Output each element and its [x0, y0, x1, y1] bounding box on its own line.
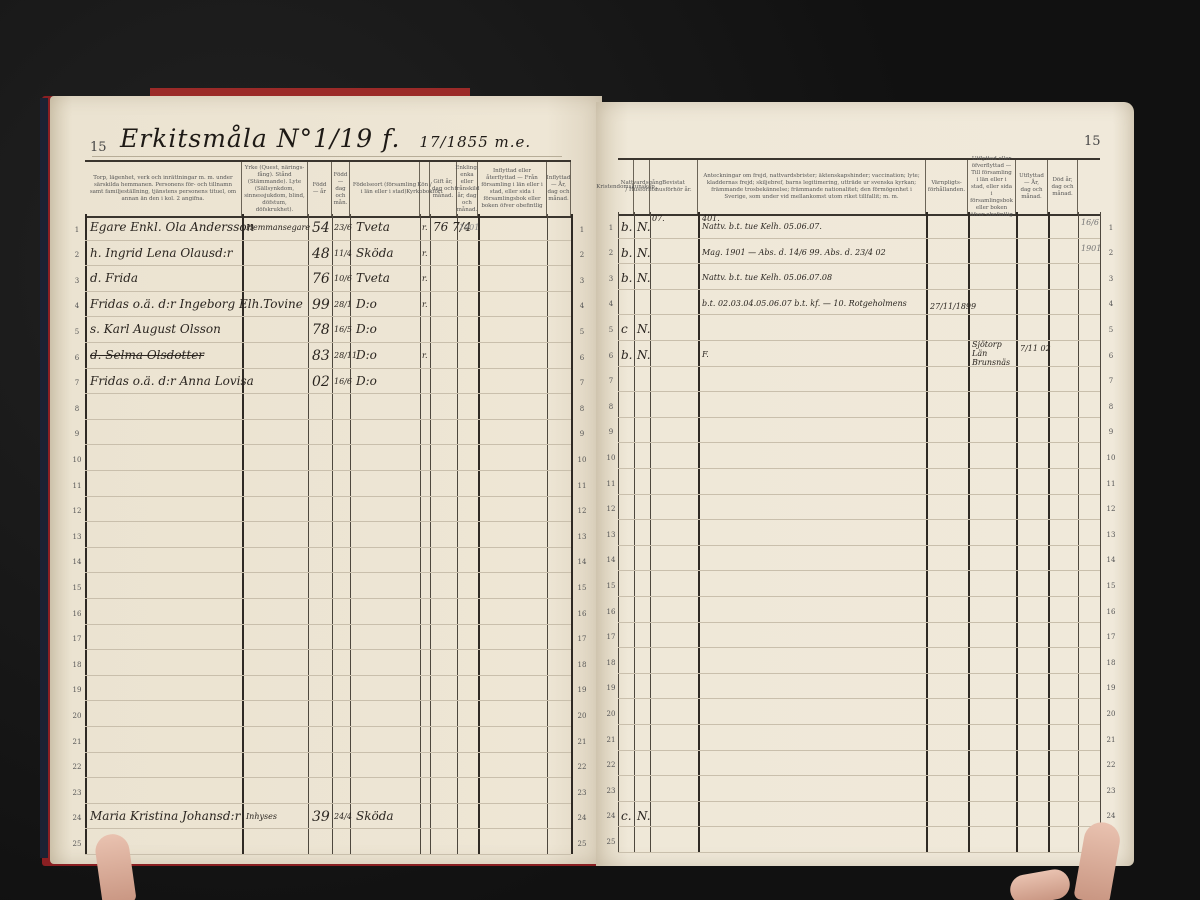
- entry-knowledge: b.: [621, 348, 633, 362]
- row-number: 18: [575, 661, 589, 669]
- entry-knowledge: b.: [621, 246, 633, 260]
- row-rule: [85, 291, 571, 292]
- row-number: 3: [1104, 275, 1118, 283]
- row-number: 3: [70, 277, 84, 285]
- row-number: 8: [604, 403, 618, 411]
- row-rule: [85, 752, 571, 753]
- row-number: 8: [1104, 403, 1118, 411]
- entry-name: d. Frida: [90, 271, 138, 285]
- row-number: 2: [575, 251, 589, 259]
- row-rule: [85, 572, 571, 573]
- column-rule: [547, 214, 548, 854]
- row-number: 13: [70, 533, 84, 541]
- entry-birth-year: 02: [312, 374, 330, 390]
- row-number: 9: [575, 430, 589, 438]
- column-header-cell: Torp, lägenhet, verk och inrättningar m.…: [85, 162, 242, 216]
- entry-knowledge: c: [621, 322, 628, 336]
- column-rule: [457, 214, 458, 854]
- row-number: 11: [70, 482, 84, 490]
- row-number: 14: [1104, 556, 1118, 564]
- row-number: 22: [575, 763, 589, 771]
- column-header-cell: Inflyttad — År, dag och månad.: [547, 162, 571, 216]
- row-rule: [618, 519, 1100, 520]
- column-rule: [618, 212, 619, 852]
- entry-birthplace: D:o: [356, 322, 377, 336]
- row-number: 4: [70, 302, 84, 310]
- row-number: 9: [604, 428, 618, 436]
- row-rule: [85, 496, 571, 497]
- row-number: 18: [70, 661, 84, 669]
- entry-birth-year: 39: [312, 809, 330, 825]
- row-rule: [85, 240, 571, 241]
- row-number: 16: [604, 608, 618, 616]
- row-number: 21: [604, 736, 618, 744]
- entry-birth-year: 76: [312, 271, 330, 287]
- entry-name: Maria Kristina Johansd:r: [90, 809, 240, 823]
- entry-knowledge: b.: [621, 220, 633, 234]
- row-number: 2: [1104, 249, 1118, 257]
- row-rule: [85, 854, 571, 855]
- entry-notes: F.: [702, 350, 709, 359]
- row-number: 11: [575, 482, 589, 490]
- row-number: 2: [604, 249, 618, 257]
- entry-mark: r.: [422, 274, 428, 283]
- entry-birth-year: 99: [312, 297, 330, 313]
- row-rule: [618, 468, 1100, 469]
- row-rule: [618, 442, 1100, 443]
- row-rule: [618, 698, 1100, 699]
- right-page: 15 KristendomskunskapNattvardsgång / Hus…: [596, 102, 1134, 866]
- row-rule: [618, 826, 1100, 827]
- column-header-cell: Nattvardsgång / Husförhör: [634, 160, 650, 214]
- entry-knowledge: c.: [621, 809, 632, 823]
- right-column-header: KristendomskunskapNattvardsgång / Husför…: [618, 158, 1100, 216]
- row-number: 5: [1104, 326, 1118, 334]
- column-header-cell: Yrke (Quest, närings-fång). Stånd (Stämm…: [242, 162, 308, 216]
- row-rule: [85, 777, 571, 778]
- column-rule: [1100, 212, 1101, 852]
- row-rule: [618, 775, 1100, 776]
- left-column-header: Torp, lägenhet, verk och inrättningar m.…: [85, 160, 571, 218]
- row-number: 12: [604, 505, 618, 513]
- entry-name: d. Selma Olsdotter: [90, 348, 204, 362]
- entry-death: 1901: [1081, 244, 1101, 253]
- entry-death: 16/6: [1081, 218, 1099, 227]
- row-rule: [85, 700, 571, 701]
- row-rule: [85, 828, 571, 829]
- entry-birthplace: Tveta: [356, 220, 390, 234]
- row-rule: [618, 314, 1100, 315]
- column-header-cell: Inflyttad eller återflyttad — Från försa…: [478, 162, 547, 216]
- entry-mark: r.: [422, 223, 428, 232]
- entry-birth-year: 48: [312, 246, 330, 262]
- row-number: 25: [604, 838, 618, 846]
- column-header-cell: Död år, dag och månad.: [1048, 160, 1078, 214]
- entry-military: 27/11/1899: [930, 302, 976, 311]
- entry-communion: N.: [637, 246, 651, 260]
- row-number: 18: [604, 659, 618, 667]
- row-number: 4: [575, 302, 589, 310]
- row-number: 10: [575, 456, 589, 464]
- book-spine: [40, 98, 48, 858]
- entry-name: s. Karl August Olsson: [90, 322, 221, 336]
- entry-notes: b.t. 02.03.04.05.06.07 b.t. kf. — 10. Ro…: [702, 299, 907, 308]
- row-number: 20: [1104, 710, 1118, 718]
- column-rule: [634, 212, 635, 852]
- row-number: 5: [70, 328, 84, 336]
- row-rule: [85, 726, 571, 727]
- entry-birth-year: 78: [312, 322, 330, 338]
- row-number: 17: [70, 635, 84, 643]
- column-rule: [85, 214, 87, 854]
- row-number: 9: [70, 430, 84, 438]
- row-rule: [85, 316, 571, 317]
- row-number: 11: [604, 480, 618, 488]
- row-number: 14: [70, 558, 84, 566]
- entry-communion: N.: [637, 322, 651, 336]
- row-number: 24: [1104, 812, 1118, 820]
- row-number: 1: [604, 224, 618, 232]
- row-number: 19: [1104, 684, 1118, 692]
- entry-communion: N.: [637, 271, 651, 285]
- row-number: 19: [604, 684, 618, 692]
- row-rule: [618, 647, 1100, 648]
- row-number: 25: [575, 840, 589, 848]
- entry-mark: r.: [422, 249, 428, 258]
- row-number: 13: [575, 533, 589, 541]
- row-rule: [618, 622, 1100, 623]
- right-page-number: 15: [1084, 134, 1101, 149]
- row-number: 5: [575, 328, 589, 336]
- column-rule: [1078, 212, 1079, 852]
- row-number: 6: [575, 354, 589, 362]
- row-rule: [618, 545, 1100, 546]
- row-number: 8: [575, 405, 589, 413]
- entry-moved-to: Sjötorp Län Brunsnäs: [972, 340, 1016, 367]
- heading-place: Erkitsmåla: [120, 124, 268, 153]
- row-number: 1: [1104, 224, 1118, 232]
- row-number: 10: [1104, 454, 1118, 462]
- row-rule: [85, 342, 571, 343]
- column-rule: [308, 214, 309, 854]
- row-number: 20: [70, 712, 84, 720]
- row-number: 14: [575, 558, 589, 566]
- row-rule: [85, 598, 571, 599]
- row-rule: [618, 263, 1100, 264]
- row-number: 11: [1104, 480, 1118, 488]
- entry-birth-daymonth: 23/6: [334, 223, 352, 232]
- row-number: 19: [70, 686, 84, 694]
- left-page-number: 15: [90, 140, 107, 155]
- entry-birth-daymonth: 28/11: [334, 351, 357, 360]
- entry-birthplace: Tveta: [356, 271, 390, 285]
- entry-birthplace: D:o: [356, 374, 377, 388]
- row-number: 16: [575, 610, 589, 618]
- row-number: 15: [70, 584, 84, 592]
- row-rule: [85, 265, 571, 266]
- column-header-cell: Född — dag och mån.: [332, 162, 350, 216]
- row-number: 12: [575, 507, 589, 515]
- row-number: 10: [604, 454, 618, 462]
- row-number: 22: [70, 763, 84, 771]
- row-number: 19: [575, 686, 589, 694]
- entry-knowledge: b.: [621, 271, 633, 285]
- row-number: 13: [604, 531, 618, 539]
- column-rule: [420, 214, 421, 854]
- row-number: 3: [604, 275, 618, 283]
- row-number: 5: [604, 326, 618, 334]
- row-rule: [618, 340, 1100, 341]
- entry-name: Egare Enkl. Ola Andersson: [90, 220, 254, 234]
- entry-birthplace: D:o: [356, 297, 377, 311]
- heading-rule: [92, 156, 562, 157]
- column-rule: [332, 214, 333, 854]
- row-number: 15: [604, 582, 618, 590]
- row-number: 2: [70, 251, 84, 259]
- row-number: 14: [604, 556, 618, 564]
- entry-birth-daymonth: 16/6: [334, 377, 352, 386]
- row-number: 7: [70, 379, 84, 387]
- row-rule: [618, 494, 1100, 495]
- row-number: 7: [604, 377, 618, 385]
- entry-occupation: Inhyses: [246, 812, 277, 821]
- entry-communion: N.: [637, 220, 651, 234]
- row-number: 7: [575, 379, 589, 387]
- column-rule: [1016, 212, 1018, 852]
- row-number: 20: [575, 712, 589, 720]
- column-rule: [650, 212, 651, 852]
- entry-birth-year: 83: [312, 348, 330, 364]
- entry-communion: N.: [637, 348, 651, 362]
- row-rule: [618, 391, 1100, 392]
- row-number: 22: [1104, 761, 1118, 769]
- entry-birth-daymonth: 10/6: [334, 274, 352, 283]
- row-number: 15: [1104, 582, 1118, 590]
- column-header-cell: Utflyttad eller öfverflyttad — Till förs…: [968, 160, 1016, 214]
- entry-moved-date: 7/11 02: [1020, 344, 1051, 353]
- row-number: 24: [575, 814, 589, 822]
- row-rule: [618, 366, 1100, 367]
- entry-notes: Mag. 1901 — Abs. d. 14/6 99. Abs. d. 23/…: [702, 248, 886, 257]
- row-rule: [618, 852, 1100, 853]
- row-rule: [85, 393, 571, 394]
- right-finger: [1008, 867, 1072, 900]
- row-number: 23: [1104, 787, 1118, 795]
- row-number: 4: [1104, 300, 1118, 308]
- column-rule: [430, 214, 431, 854]
- row-number: 1: [70, 226, 84, 234]
- row-rule: [85, 470, 571, 471]
- row-number: 6: [604, 352, 618, 360]
- column-header-cell: Kön / Kyrkobokfört: [420, 162, 430, 216]
- row-rule: [85, 803, 571, 804]
- row-number: 21: [70, 738, 84, 746]
- row-number: 13: [1104, 531, 1118, 539]
- row-number: 6: [70, 354, 84, 362]
- entry-name: Fridas o.ä. d:r Ingeborg Elh.Tovine: [90, 297, 303, 311]
- row-number: 23: [575, 789, 589, 797]
- row-rule: [85, 624, 571, 625]
- row-number: 20: [604, 710, 618, 718]
- row-number: 22: [604, 761, 618, 769]
- row-number: 21: [1104, 736, 1118, 744]
- row-number: 23: [70, 789, 84, 797]
- entry-notes: Nattv. b.t. tue Kelh. 05.06.07.08: [702, 273, 832, 282]
- entry-birth-daymonth: 28/1: [334, 300, 352, 309]
- column-rule: [1048, 212, 1050, 852]
- entry-birthplace: Sköda: [356, 809, 394, 823]
- row-rule: [618, 238, 1100, 239]
- row-rule: [85, 368, 571, 369]
- column-rule: [926, 212, 928, 852]
- column-header-cell: Värnpligts-förhållanden.: [926, 160, 968, 214]
- column-header-cell: Anteckningar om frejd, nattvardsbrister;…: [698, 160, 926, 214]
- heading-note: 17/1855 m.e.: [419, 133, 531, 151]
- entry-birthplace: D:o: [356, 348, 377, 362]
- page-heading: Erkitsmåla N°1/19 f. 17/1855 m.e.: [120, 124, 531, 153]
- entry-communion: N.: [637, 809, 651, 823]
- row-number: 15: [575, 584, 589, 592]
- entry-mark: r.: [422, 300, 428, 309]
- row-number: 12: [1104, 505, 1118, 513]
- row-number: 10: [70, 456, 84, 464]
- row-rule: [85, 521, 571, 522]
- entry-occupation: Hemmansegare: [246, 223, 310, 232]
- entry-birth-daymonth: 16/5: [334, 325, 352, 334]
- row-rule: [618, 596, 1100, 597]
- row-number: 6: [1104, 352, 1118, 360]
- row-number: 16: [1104, 608, 1118, 616]
- header-mark-col13: 07.: [652, 214, 665, 223]
- entry-birthplace: Sköda: [356, 246, 394, 260]
- row-rule: [618, 724, 1100, 725]
- row-number: 9: [1104, 428, 1118, 436]
- row-number: 18: [1104, 659, 1118, 667]
- entry-mark: r.: [422, 351, 428, 360]
- row-rule: [85, 675, 571, 676]
- column-header-cell: Bevistat husförhör år.: [650, 160, 698, 214]
- entry-name: Fridas o.ä. d:r Anna Lovisa: [90, 374, 254, 388]
- open-register-book: 15 Erkitsmåla N°1/19 f. 17/1855 m.e. Tor…: [40, 88, 1140, 878]
- entry-birth-daymonth: 11/4: [334, 249, 352, 258]
- entry-birth-daymonth: 24/4: [334, 812, 352, 821]
- row-rule: [85, 419, 571, 420]
- column-rule: [698, 212, 700, 852]
- column-header-cell: Född — år: [308, 162, 332, 216]
- row-number: 24: [70, 814, 84, 822]
- entry-name: h. Ingrid Lena Olausd:r: [90, 246, 233, 260]
- column-rule: [478, 214, 480, 854]
- row-number: 12: [70, 507, 84, 515]
- entry-widowed: 1901: [459, 223, 479, 232]
- row-rule: [618, 750, 1100, 751]
- left-page: 15 Erkitsmåla N°1/19 f. 17/1855 m.e. Tor…: [50, 96, 602, 864]
- row-rule: [618, 801, 1100, 802]
- row-number: 24: [604, 812, 618, 820]
- row-number: 4: [604, 300, 618, 308]
- row-rule: [85, 444, 571, 445]
- row-number: 8: [70, 405, 84, 413]
- row-number: 3: [575, 277, 589, 285]
- column-rule: [350, 214, 351, 854]
- column-header-cell: Enkling, enka eller frånskild år, dag oc…: [457, 162, 478, 216]
- entry-notes: Nattv. b.t. tue Kelh. 05.06.07.: [702, 222, 822, 231]
- column-rule: [571, 214, 573, 854]
- row-number: 21: [575, 738, 589, 746]
- entry-birth-year: 54: [312, 220, 330, 236]
- row-number: 17: [604, 633, 618, 641]
- row-number: 16: [70, 610, 84, 618]
- column-header-cell: Utflyttad — År, dag och månad.: [1016, 160, 1048, 214]
- row-rule: [618, 570, 1100, 571]
- row-number: 7: [1104, 377, 1118, 385]
- row-number: 1: [575, 226, 589, 234]
- row-number: 17: [575, 635, 589, 643]
- heading-number: N°1/19 f.: [277, 124, 401, 153]
- row-number: 23: [604, 787, 618, 795]
- row-rule: [85, 547, 571, 548]
- row-rule: [618, 417, 1100, 418]
- row-rule: [618, 289, 1100, 290]
- row-number: 25: [70, 840, 84, 848]
- row-rule: [85, 649, 571, 650]
- row-number: 17: [1104, 633, 1118, 641]
- column-header-cell: Gift år, dag och månad.: [430, 162, 457, 216]
- row-rule: [618, 673, 1100, 674]
